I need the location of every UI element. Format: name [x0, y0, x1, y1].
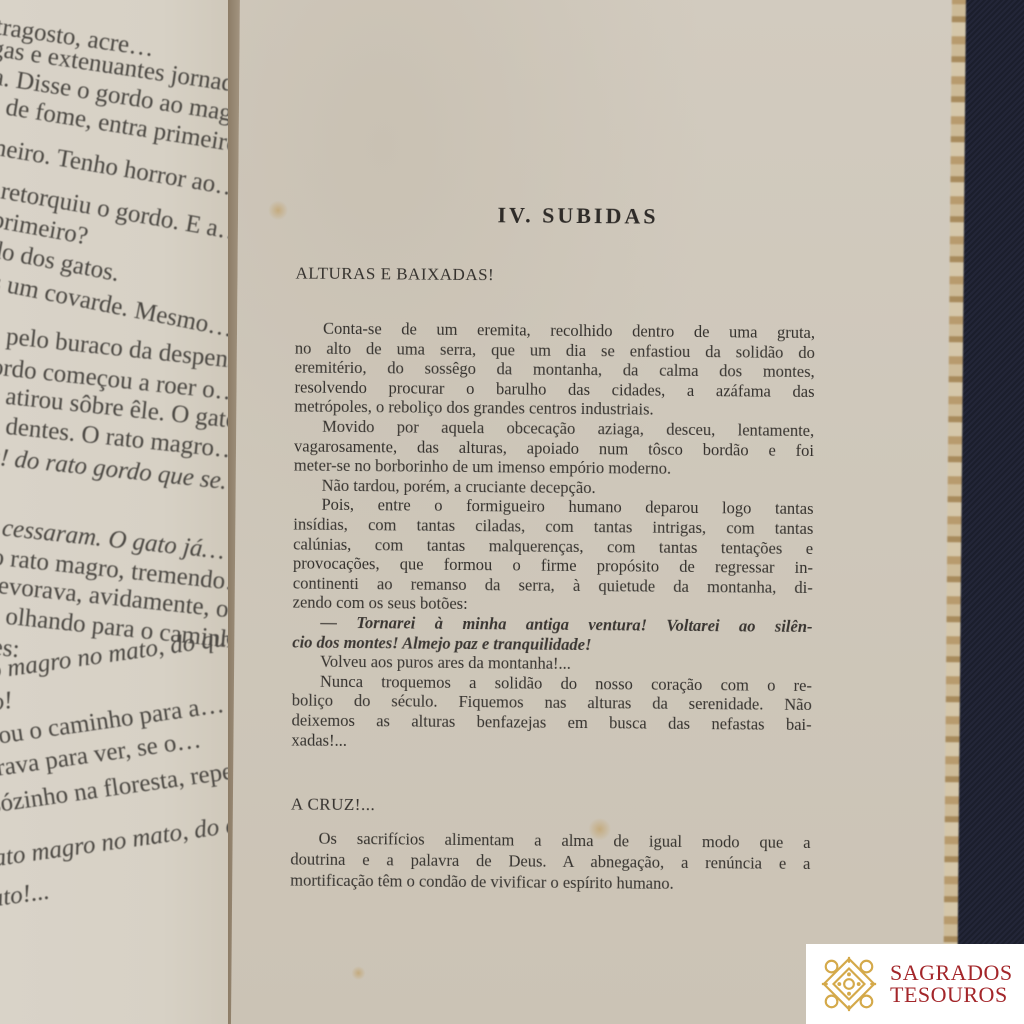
book-photo: contragosto, acre…longas e extenuantes j… [0, 0, 1024, 1024]
paper-stain [351, 966, 365, 980]
text-line: mortificação têm o condão de vivificar o… [290, 870, 810, 895]
left-page-line: m rato magro no mato, do que… [0, 805, 232, 878]
watermark-text: SAGRADOS TESOUROS [890, 962, 1013, 1006]
left-page: contragosto, acre…longas e extenuantes j… [0, 0, 232, 1024]
right-page: IV. SUBIDAS ALTURAS E BAIXADAS! Conta-se… [231, 0, 958, 1024]
watermark-line-2: TESOUROS [890, 984, 1013, 1006]
text-line: xadas!... [291, 730, 811, 755]
watermark-line-1: SAGRADOS [890, 962, 1013, 984]
left-page-line: u gato!... [0, 878, 51, 918]
ornamental-cross-icon [818, 953, 880, 1015]
section-title-alturas: ALTURAS E BAIXADAS! [295, 263, 494, 285]
watermark-logo: SAGRADOS TESOUROS [806, 944, 1024, 1024]
dark-cloth-background [955, 0, 1024, 1024]
chapter-title: IV. SUBIDAS [278, 200, 878, 231]
section-title-cruz: A CRUZ!... [291, 794, 376, 815]
left-page-line: gato! [0, 687, 14, 722]
